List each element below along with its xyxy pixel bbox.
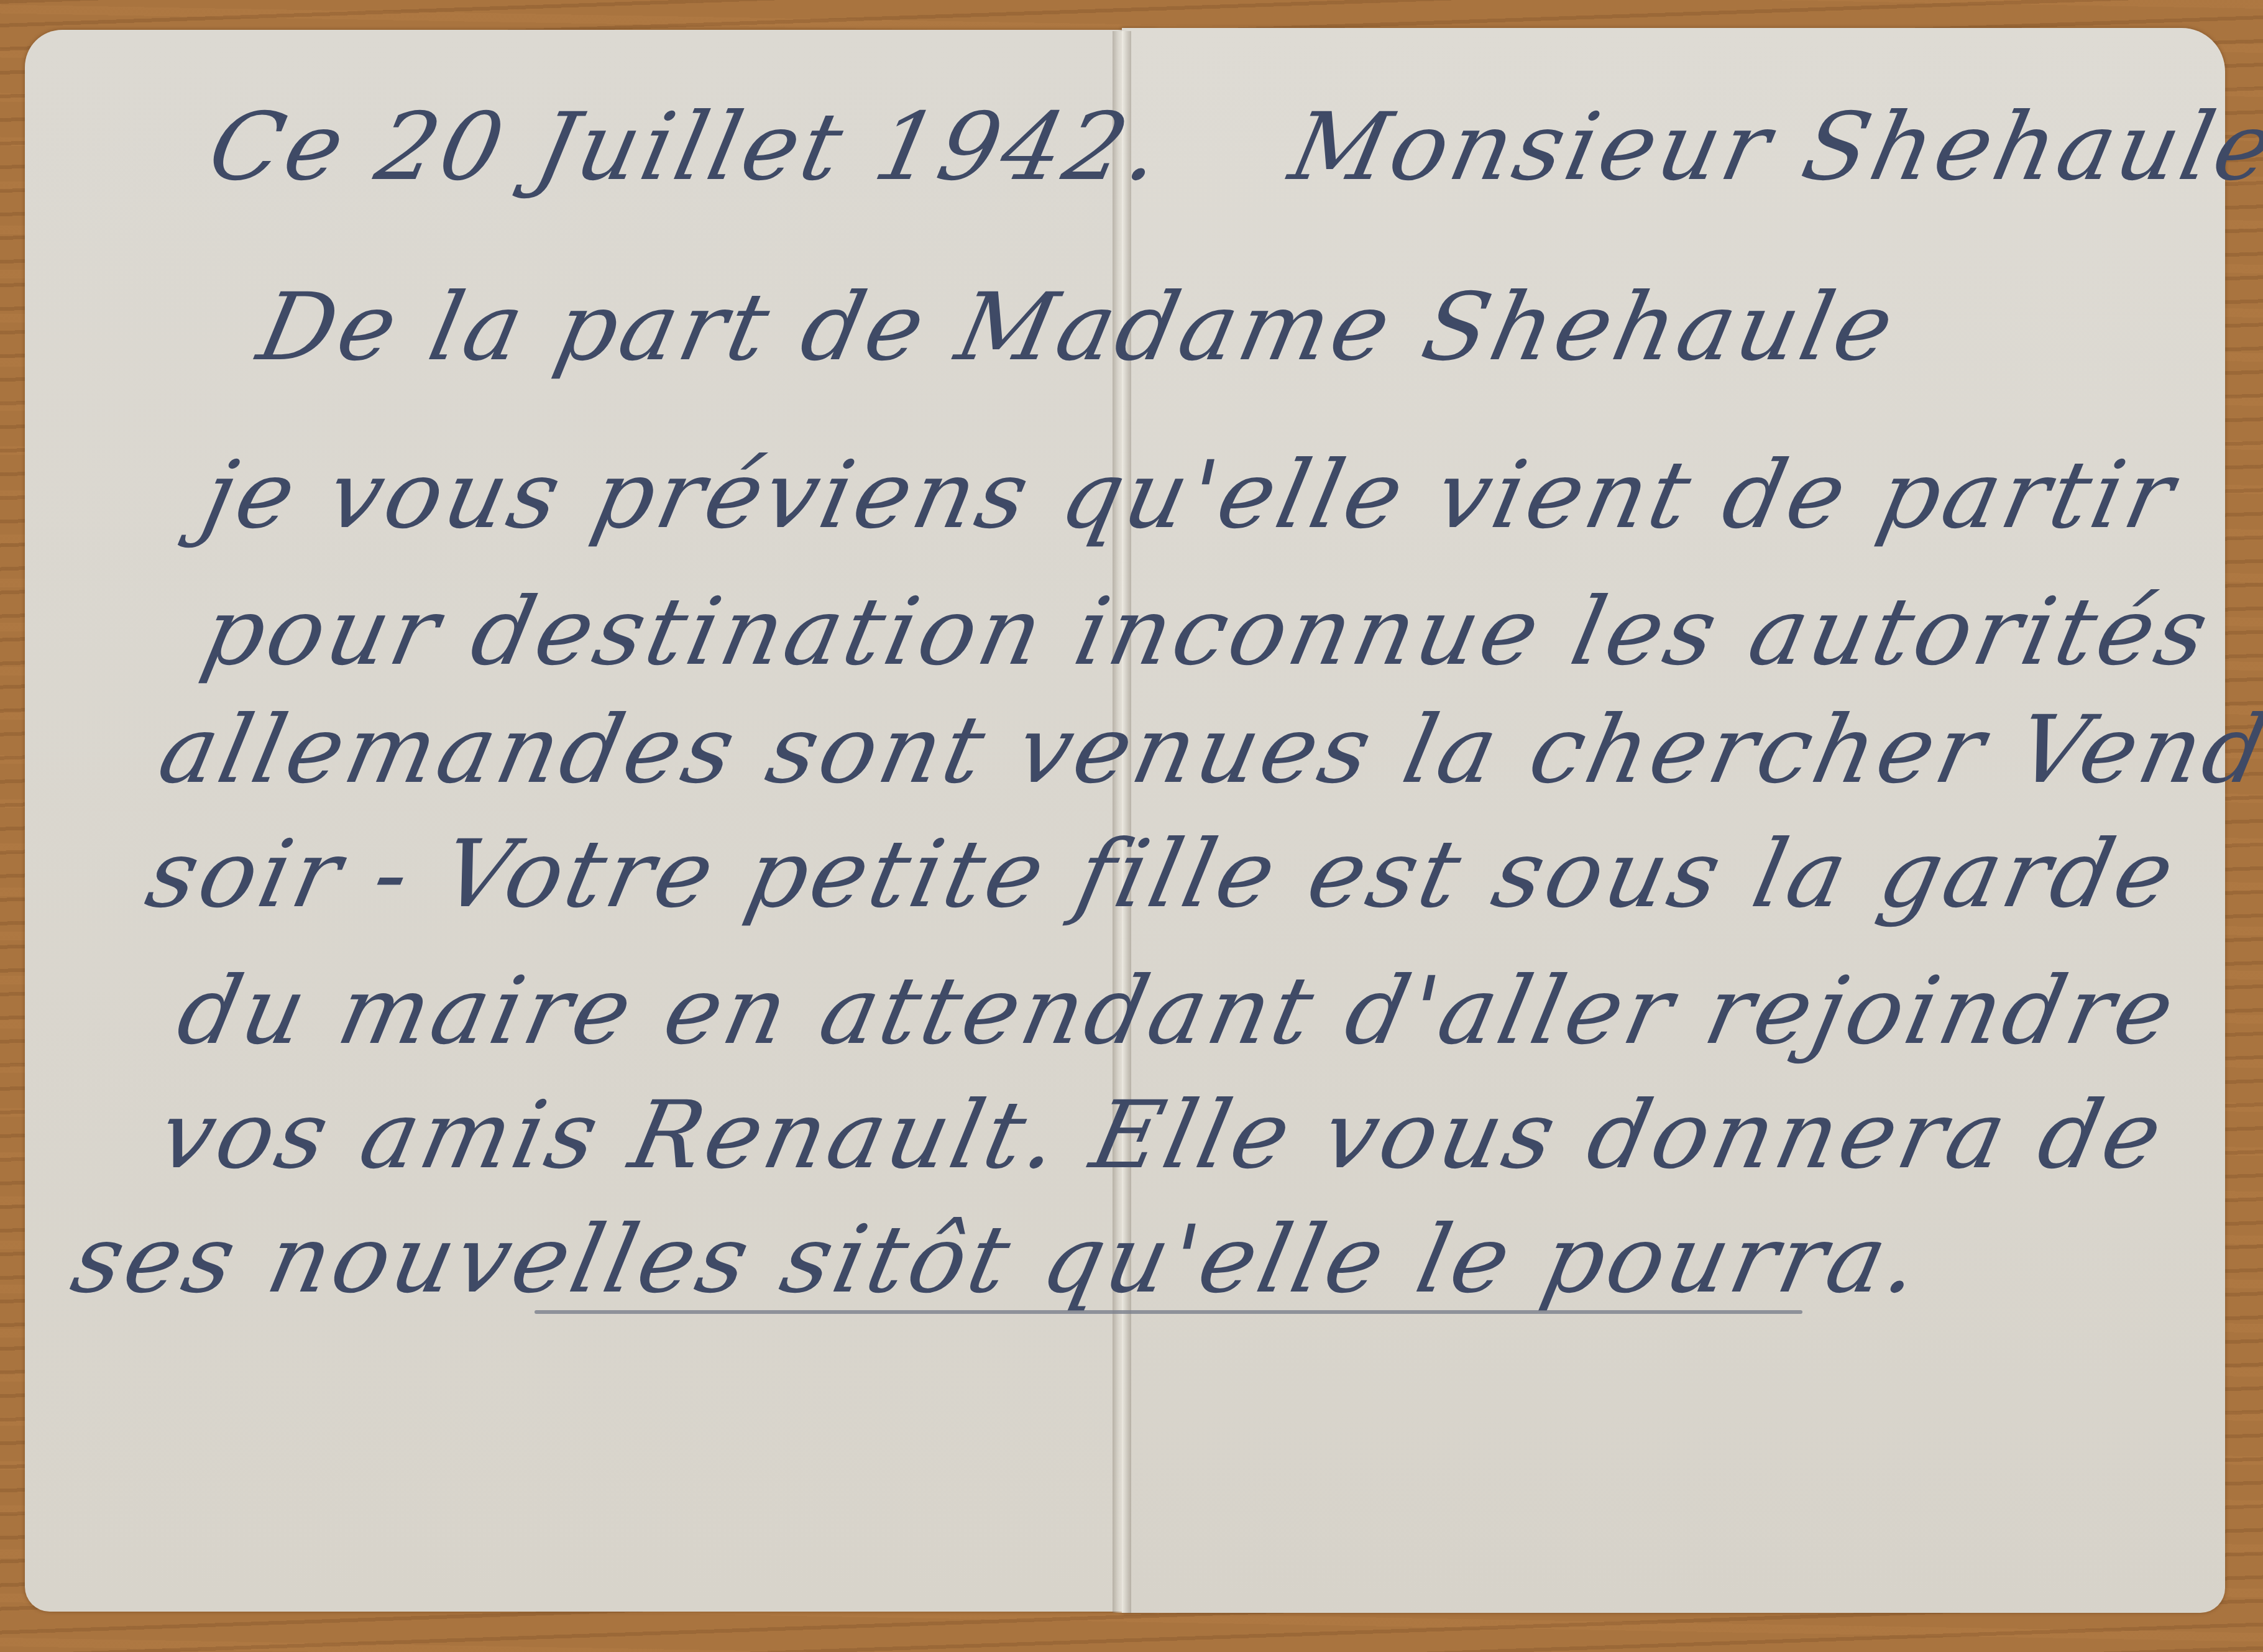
salutation: Monsieur Shehaule [1282, 93, 2263, 201]
body-line-5: soir - Votre petite fille est sous la ga… [138, 820, 2187, 929]
date-line: Ce 20 Juillet 1942. [200, 93, 1175, 201]
body-line-2: je vous préviens qu'elle vient de partir [194, 441, 2187, 549]
body-line-1: De la part de Madame Shehaule [250, 273, 1906, 382]
closing-underline [535, 1310, 1802, 1314]
body-line-3: pour destination inconnue les autorités [194, 578, 2221, 686]
body-line-7: vos amis Renault. Elle vous donnera de [150, 1081, 2175, 1190]
handwritten-text-area: Ce 20 Juillet 1942. Monsieur Shehaule De… [0, 0, 2263, 1652]
body-line-6: du maire en attendant d'aller rejoindre [169, 957, 2187, 1065]
body-line-8: ses nouvelles sitôt qu'elle le pourra. [63, 1206, 1933, 1314]
body-line-4: allemandes sont venues la chercher Vendr… [150, 696, 2263, 804]
